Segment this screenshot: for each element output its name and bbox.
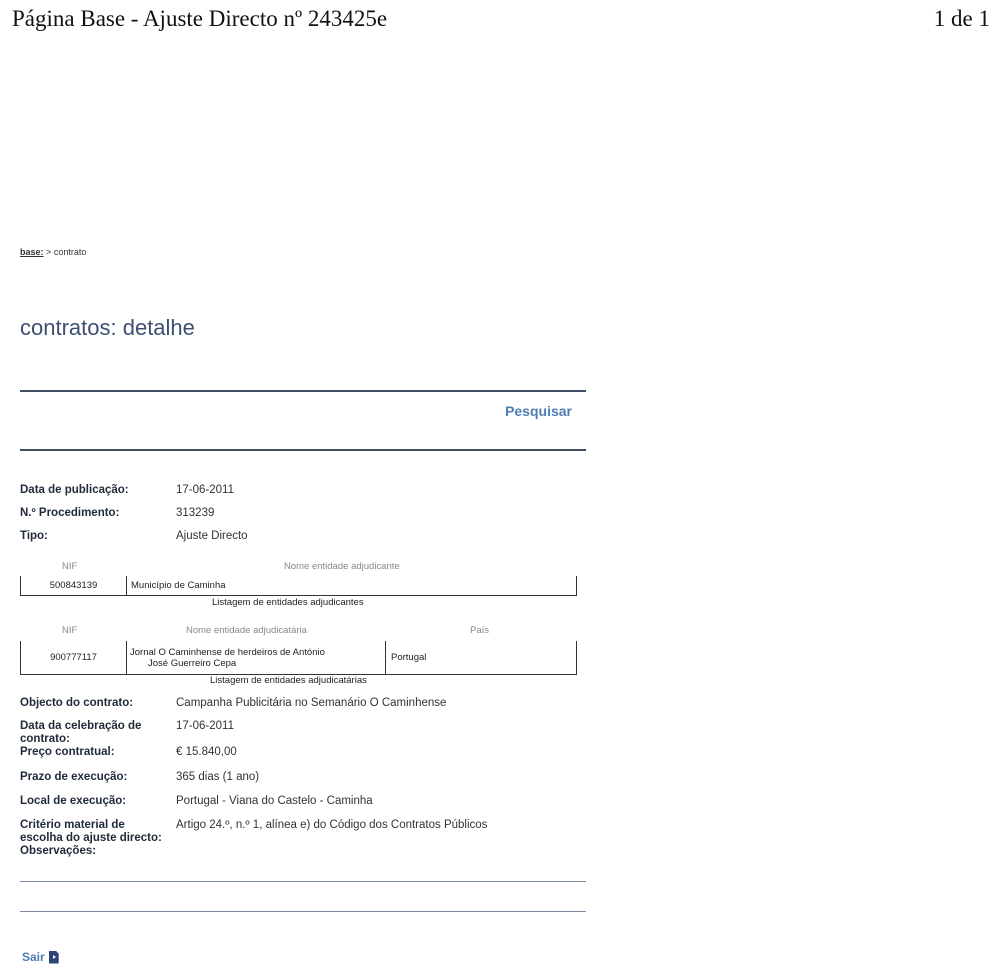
field-value: 313239 xyxy=(176,507,596,520)
divider-top xyxy=(20,390,586,392)
exit-link[interactable]: Sair xyxy=(22,950,59,964)
adjudicante-table-row: 500843139 Município de Caminha xyxy=(20,576,577,596)
field-label-line2: contrato: xyxy=(20,733,70,745)
field-label: Observações: xyxy=(20,845,170,858)
breadcrumb-separator: > xyxy=(46,247,51,257)
cell-nome: Jornal O Caminhense de herdeiros de Antó… xyxy=(130,641,380,674)
adjudicante-table-caption: Listagem de entidades adjudicantes xyxy=(212,597,364,608)
field-label: Objecto do contrato: xyxy=(20,697,170,710)
divider-bottom-1 xyxy=(20,881,586,882)
field-value: 365 dias (1 ano) xyxy=(176,771,596,784)
field-value: 17-06-2011 xyxy=(176,484,596,497)
breadcrumb: base: > contrato xyxy=(20,247,86,257)
field-label-line1: Critério material de xyxy=(20,819,125,831)
page-indicator: 1 de 1 xyxy=(934,6,990,32)
col-header-nif: NIF xyxy=(62,561,77,572)
adjudicataria-table-caption: Listagem de entidades adjudicatárias xyxy=(210,675,367,686)
field-value: Portugal - Viana do Castelo - Caminha xyxy=(176,795,596,808)
column-separator xyxy=(126,576,127,595)
field-value: 17-06-2011 xyxy=(176,720,596,733)
cell-nome-line1: Jornal O Caminhense de herdeiros de Antó… xyxy=(130,647,325,658)
search-link[interactable]: Pesquisar xyxy=(505,403,572,419)
col-header-nif: NIF xyxy=(62,625,77,636)
col-header-nome-adjudicante: Nome entidade adjudicante xyxy=(284,561,400,572)
field-label-line2: escolha do ajuste directo: xyxy=(20,832,162,844)
adjudicataria-table-row: 900777117 Jornal O Caminhense de herdeir… xyxy=(20,641,577,675)
cell-nif: 900777117 xyxy=(21,641,126,674)
field-label: Tipo: xyxy=(20,530,170,543)
field-value: € 15.840,00 xyxy=(176,746,596,759)
field-label: N.º Procedimento: xyxy=(20,507,170,520)
column-separator xyxy=(126,641,127,674)
cell-nif: 500843139 xyxy=(21,576,126,595)
field-value: Campanha Publicitária no Semanário O Cam… xyxy=(176,697,596,710)
column-separator xyxy=(385,641,386,674)
field-label: Data de publicação: xyxy=(20,484,170,497)
cell-nome-line2: José Guerreiro Cepa xyxy=(130,658,236,669)
col-header-nome-adjudicataria: Nome entidade adjudicatária xyxy=(186,625,307,636)
field-label: Preço contratual: xyxy=(20,746,170,759)
field-label: Critério material de escolha do ajuste d… xyxy=(20,819,180,845)
page-title: contratos: detalhe xyxy=(20,315,195,341)
divider-search-bottom xyxy=(20,449,586,451)
field-value: Artigo 24.º, n.º 1, alínea e) do Código … xyxy=(176,819,596,832)
breadcrumb-current: contrato xyxy=(54,247,87,257)
field-label: Local de execução: xyxy=(20,795,170,808)
cell-pais: Portugal xyxy=(391,641,426,674)
col-header-pais: País xyxy=(470,625,489,636)
cell-nome: Município de Caminha xyxy=(131,576,226,595)
divider-bottom-2 xyxy=(20,911,586,912)
print-title: Página Base - Ajuste Directo nº 243425e xyxy=(12,6,387,32)
field-label-line1: Data da celebração de xyxy=(20,720,141,732)
field-value: Ajuste Directo xyxy=(176,530,596,543)
field-label: Data da celebração de contrato: xyxy=(20,720,170,746)
print-header: Página Base - Ajuste Directo nº 243425e … xyxy=(0,0,1000,40)
exit-arrow-icon xyxy=(49,951,59,964)
exit-label: Sair xyxy=(22,950,45,964)
breadcrumb-base-link[interactable]: base: xyxy=(20,247,44,257)
field-label: Prazo de execução: xyxy=(20,771,170,784)
